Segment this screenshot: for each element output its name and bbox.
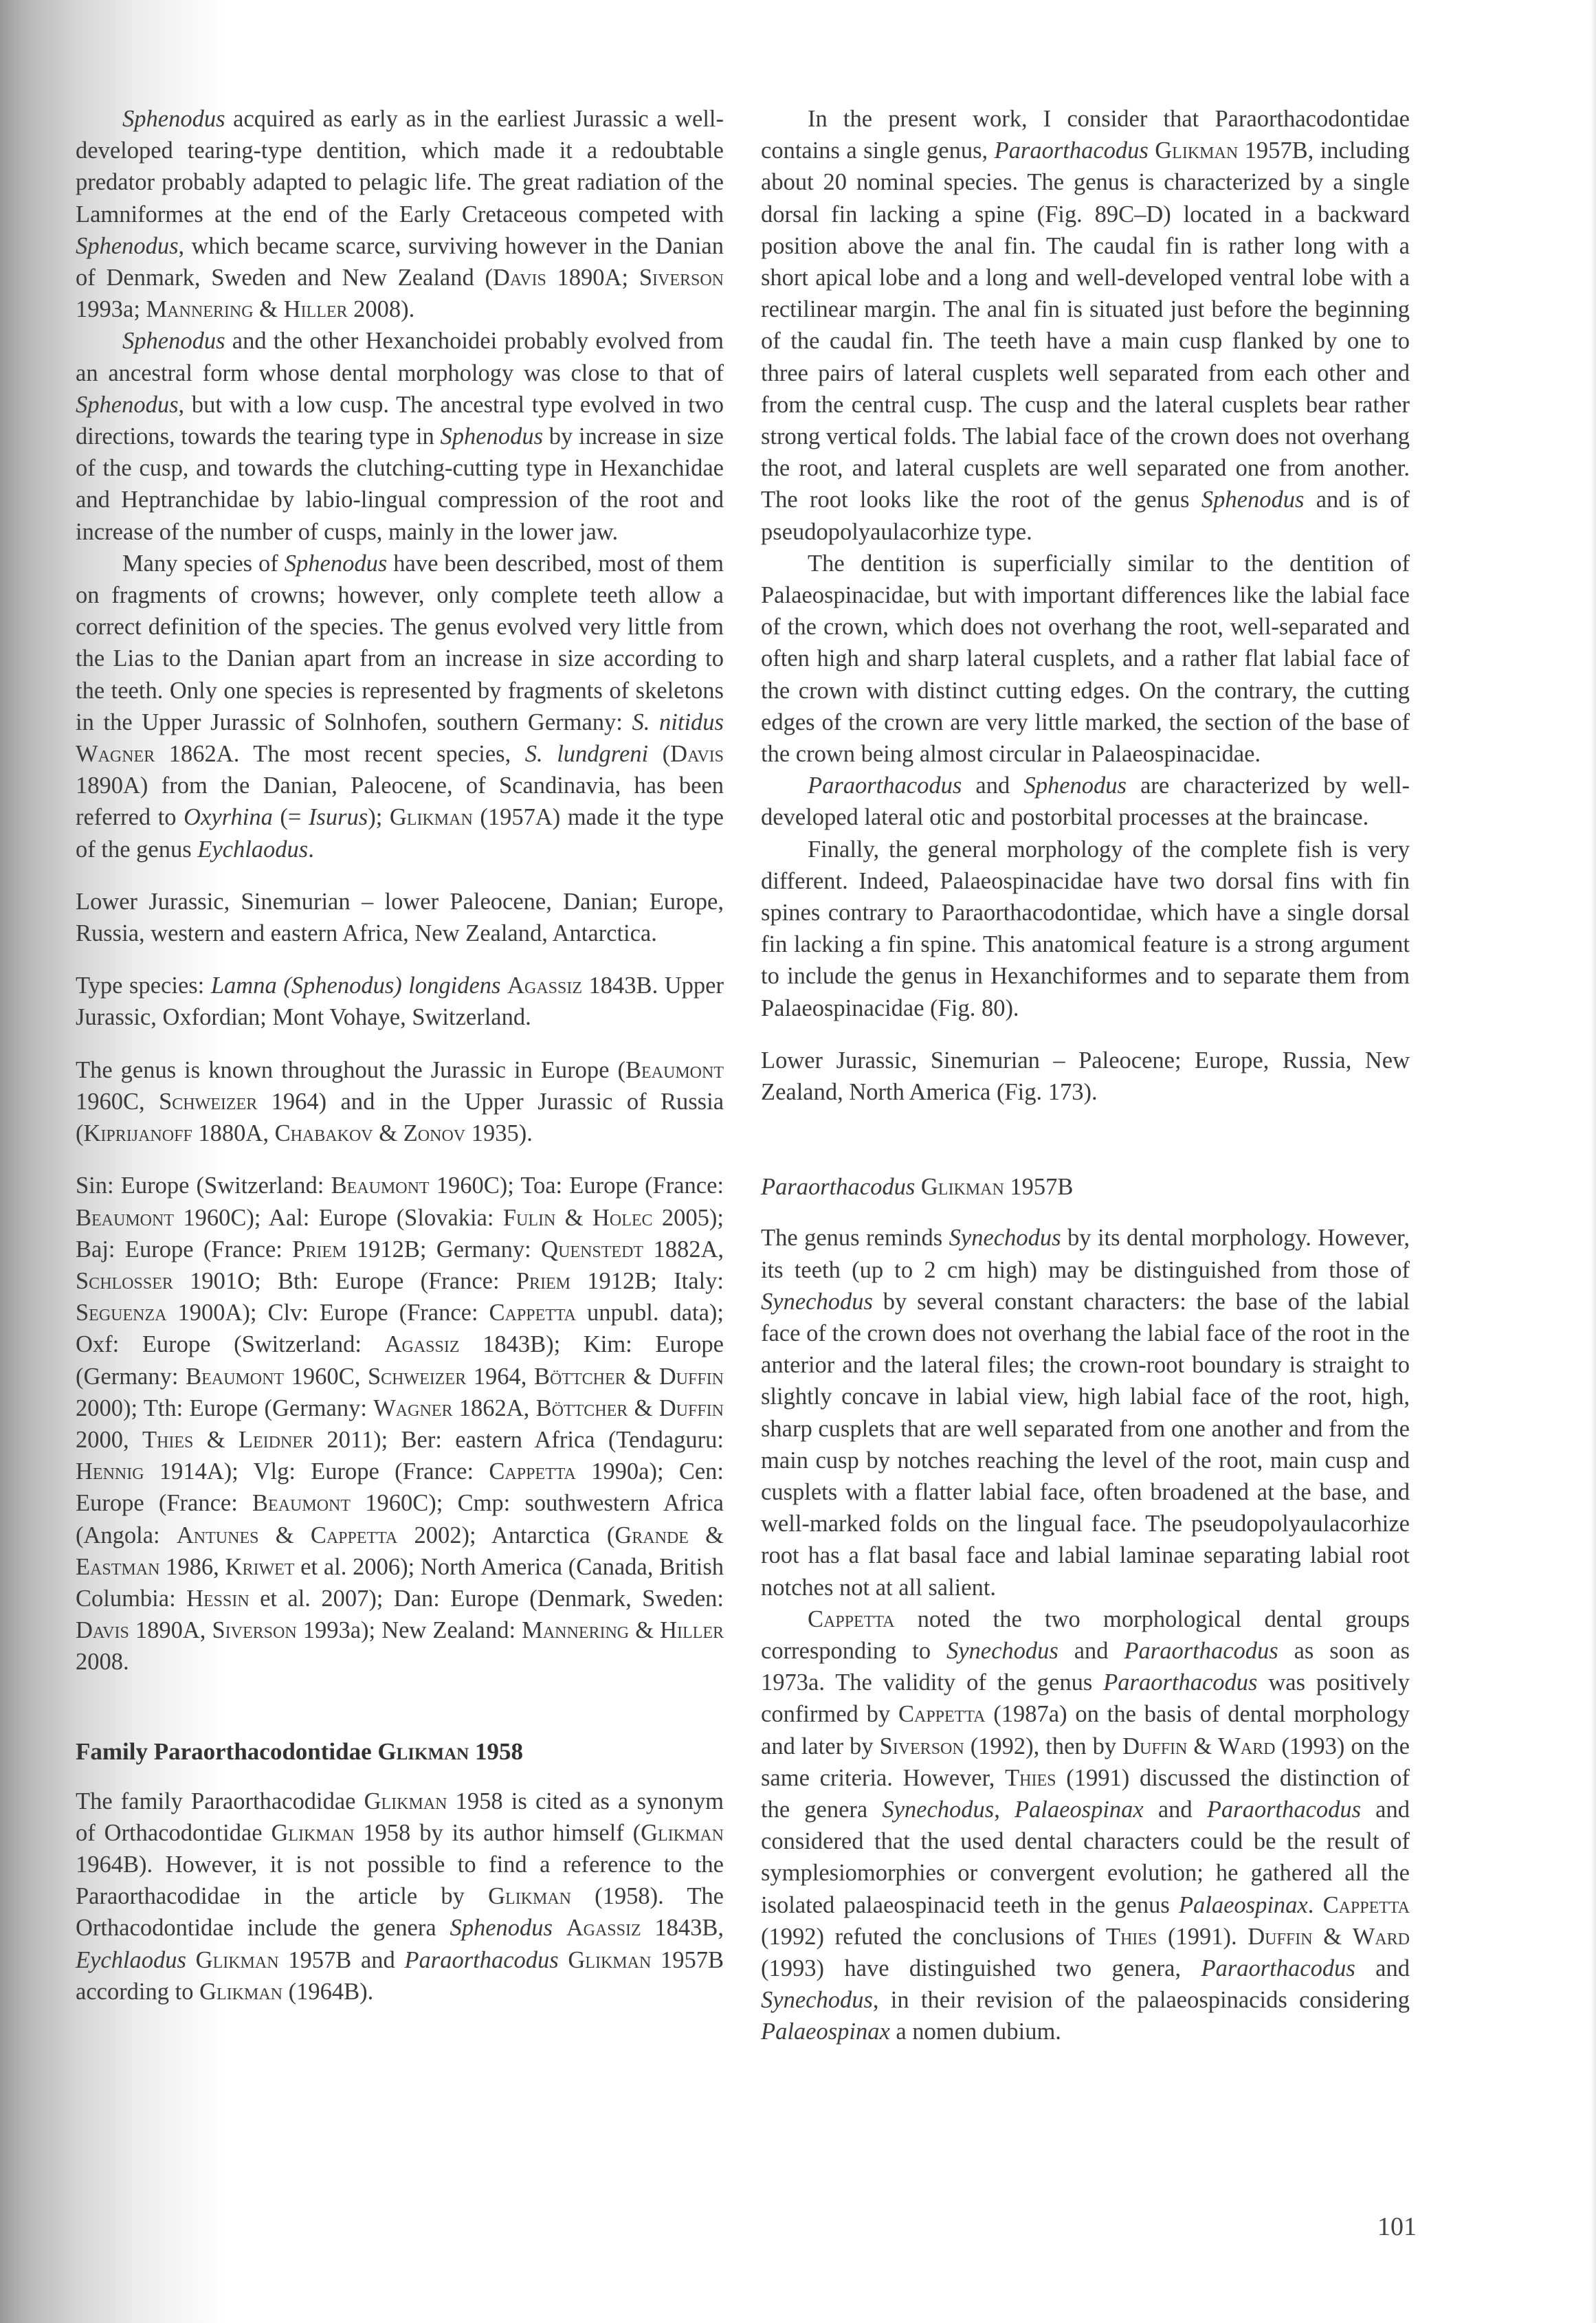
- author-citation: Davis: [76, 1617, 129, 1643]
- author-citation: Böttcher: [534, 1364, 626, 1390]
- text-run: [1149, 137, 1155, 164]
- taxon-name: Sphenodus: [122, 106, 225, 132]
- text-run: 1958 by its author himself (: [354, 1820, 641, 1846]
- text-run: 2008).: [348, 296, 415, 322]
- text-run: &: [626, 1364, 659, 1390]
- author-citation: Hiller: [284, 296, 348, 322]
- author-citation: Zonov: [403, 1120, 465, 1146]
- text-run: (1992), then by: [964, 1733, 1122, 1759]
- text-run: 1862A,: [452, 1395, 535, 1421]
- author-citation: Glikman: [364, 1788, 447, 1814]
- text-run: &: [258, 1522, 310, 1548]
- author-citation: Grande: [614, 1522, 689, 1548]
- taxon-name: Eychlaodus: [76, 1947, 186, 1973]
- occurrence-list: Sin: Europe (Switzerland: Beaumont 1960C…: [76, 1170, 724, 1678]
- text-run: .: [308, 836, 314, 863]
- author-citation: Siverson: [212, 1617, 296, 1643]
- author-citation: Mannering: [146, 296, 254, 322]
- author-citation: Beaumont: [76, 1205, 174, 1231]
- author-citation: Glikman: [568, 1947, 651, 1973]
- taxon-name: Sphenodus: [450, 1915, 553, 1941]
- taxon-name: Sphenodus: [76, 233, 179, 259]
- author-citation: Schweizer: [159, 1089, 257, 1115]
- distribution-summary: The genus is known throughout the Jurass…: [76, 1054, 724, 1150]
- text-run: ,: [994, 1797, 1015, 1823]
- text-run: Lower Jurassic, Sinemurian – Paleocene; …: [761, 1047, 1410, 1105]
- author-citation: Ward: [1218, 1733, 1275, 1759]
- paragraph-sphenodus-dentition: Sphenodus acquired as early as in the ea…: [76, 103, 724, 325]
- text-run: [500, 972, 507, 999]
- taxon-name: S. lundgreni: [525, 741, 648, 767]
- taxon-name: Synechodus: [946, 1638, 1059, 1664]
- text-run: The genus is known throughout the Jurass…: [76, 1057, 625, 1083]
- text-run: (1993) have distinguished two genera,: [761, 1955, 1201, 1981]
- author-citation: Hiller: [660, 1617, 724, 1643]
- author-citation: Siverson: [880, 1733, 964, 1759]
- text-run: Sin: Europe (Switzerland:: [76, 1172, 331, 1199]
- author-citation: Glikman: [921, 1174, 1004, 1200]
- text-run: Many species of: [122, 551, 285, 577]
- taxon-name: Eychlaodus: [197, 836, 308, 863]
- text-run: &: [1313, 1924, 1353, 1950]
- text-run: 1843B,: [641, 1915, 724, 1941]
- author-citation: Leidner: [239, 1427, 313, 1453]
- text-run: The family Paraorthacodidae: [76, 1788, 364, 1814]
- text-run: Family Paraorthacodontidae: [76, 1738, 377, 1765]
- author-citation: Cappetta: [489, 1458, 575, 1485]
- paragraph-genus-definition: In the present work, I consider that Par…: [761, 103, 1410, 548]
- author-citation: Böttcher: [536, 1395, 628, 1421]
- text-run: 1935).: [465, 1120, 533, 1146]
- text-run: [186, 1947, 196, 1973]
- author-citation: Beaumont: [252, 1490, 351, 1516]
- paragraph-hexanchoidei-evolution: Sphenodus and the other Hexanchoidei pro…: [76, 325, 724, 547]
- text-run: 1882A,: [643, 1236, 724, 1263]
- taxon-name: Paraorthacodus: [1201, 1955, 1355, 1981]
- text-run: 1890A;: [546, 265, 639, 291]
- page-edge: [1591, 0, 1596, 2323]
- paragraph-braincase: Paraorthacodus and Sphenodus are charact…: [761, 770, 1410, 833]
- author-citation: Beaumont: [331, 1172, 430, 1199]
- text-run: 1912B; Italy:: [570, 1268, 724, 1294]
- text-run: 1960C,: [284, 1364, 368, 1390]
- taxon-name: Sphenodus: [76, 392, 179, 418]
- author-citation: Cappetta: [311, 1522, 397, 1548]
- text-run: (1992) refuted the conclusions of: [761, 1924, 1106, 1950]
- author-citation: Quenstedt: [541, 1236, 643, 1263]
- author-citation: Kiprijanoff: [84, 1120, 192, 1146]
- right-column: In the present work, I consider that Par…: [761, 103, 1410, 2048]
- text-run: 1900A); Clv: Europe (France:: [167, 1300, 489, 1326]
- author-citation: Glikman: [390, 804, 473, 830]
- text-run: (: [648, 741, 670, 767]
- text-run: and: [1355, 1955, 1410, 1981]
- author-citation: Hennig: [76, 1458, 144, 1485]
- stratigraphic-range: Lower Jurassic, Sinemurian – lower Paleo…: [76, 886, 724, 949]
- taxon-name: Sphenodus: [1023, 773, 1127, 799]
- author-citation: Seguenza: [76, 1300, 167, 1326]
- text-run: 1901O; Bth: Europe (France:: [173, 1268, 516, 1294]
- author-citation: Duffin: [659, 1364, 724, 1390]
- text-run: &: [373, 1120, 403, 1146]
- text-run: 1957B: [1004, 1174, 1074, 1200]
- taxon-name: Palaeospinax: [1015, 1797, 1144, 1823]
- author-citation: Glikman: [196, 1947, 279, 1973]
- author-citation: Cappetta: [808, 1606, 894, 1632]
- author-citation: Fulin: [503, 1205, 556, 1231]
- taxon-name: Paraorthacodus: [761, 1174, 915, 1200]
- author-citation: Agassiz: [507, 972, 582, 999]
- taxon-name: Palaeospinax: [1179, 1892, 1308, 1918]
- text-run: &: [628, 1395, 658, 1421]
- text-run: 2011); Ber: eastern Africa (Tendaguru:: [313, 1427, 724, 1453]
- genus-heading: Paraorthacodus Glikman 1957B: [761, 1171, 1410, 1203]
- text-run: (1991).: [1157, 1924, 1248, 1950]
- text-run: The genus reminds: [761, 1225, 949, 1251]
- taxon-name: Sphenodus: [1201, 487, 1305, 513]
- text-run: 1964,: [466, 1364, 534, 1390]
- type-species: Type species: Lamna (Sphenodus) longiden…: [76, 970, 724, 1033]
- author-citation: Ward: [1353, 1924, 1410, 1950]
- text-run: 1914A); Vlg: Europe (France:: [144, 1458, 489, 1485]
- author-citation: Beaumont: [625, 1057, 724, 1083]
- author-citation: Glikman: [641, 1820, 724, 1846]
- text-run: [553, 1915, 566, 1941]
- author-citation: Cappetta: [1323, 1892, 1410, 1918]
- text-run: &: [689, 1522, 724, 1548]
- text-run: have been described, most of them on fra…: [76, 551, 724, 735]
- paragraph-dentition-comparison: The dentition is superficially similar t…: [761, 548, 1410, 770]
- author-citation: Wagner: [76, 741, 155, 767]
- taxon-name: Oxyrhina: [184, 804, 273, 830]
- taxon-name: Isurus: [309, 804, 368, 830]
- text-run: by several constant characters: the base…: [761, 1289, 1410, 1601]
- author-citation: Eastman: [76, 1554, 159, 1580]
- author-citation: Holec: [592, 1205, 653, 1231]
- author-citation: Glikman: [377, 1738, 469, 1765]
- author-citation: Davis: [670, 741, 724, 767]
- author-citation: Priem: [292, 1236, 346, 1263]
- text-run: [915, 1174, 921, 1200]
- author-citation: Davis: [493, 265, 546, 291]
- text-run: );: [368, 804, 390, 830]
- text-run: 2002); Antarctica (: [397, 1522, 614, 1548]
- taxon-name: Sphenodus: [285, 551, 388, 577]
- author-citation: Wagner: [373, 1395, 452, 1421]
- text-run: &: [629, 1617, 660, 1643]
- author-citation: Glikman: [488, 1883, 571, 1909]
- text-run: 1986,: [159, 1554, 225, 1580]
- text-run: 2008.: [76, 1649, 129, 1675]
- text-run: 2000,: [76, 1427, 142, 1453]
- taxon-name: Sphenodus: [122, 328, 225, 354]
- taxon-name: Lamna (Sphenodus) longidens: [211, 972, 501, 999]
- author-citation: Mannering: [522, 1617, 629, 1643]
- taxon-name: Paraorthacodus: [1124, 1638, 1278, 1664]
- author-citation: Priem: [516, 1268, 570, 1294]
- text-run: &: [555, 1205, 592, 1231]
- text-run: and: [962, 773, 1023, 799]
- author-citation: Glikman: [271, 1820, 354, 1846]
- text-run: .: [1308, 1892, 1323, 1918]
- paragraph-genus-diagnosis: The genus reminds Synechodus by its dent…: [761, 1222, 1410, 1603]
- paragraph-family-synonymy: The family Paraorthacodidae Glikman 1958…: [76, 1786, 724, 2008]
- text-run: Lower Jurassic, Sinemurian – lower Paleo…: [76, 889, 724, 946]
- text-run: 1960C); Aal: Europe (Slovakia:: [174, 1205, 503, 1231]
- taxon-name: Synechodus: [761, 1987, 873, 2013]
- text-run: 1957B and: [279, 1947, 405, 1973]
- text-run: et al. 2007); Dan: Europe (Denmark, Swed…: [250, 1586, 724, 1612]
- text-run: 1960C); Toa: Europe (France:: [430, 1172, 724, 1199]
- author-citation: Thies: [1106, 1924, 1157, 1950]
- author-citation: Hessin: [186, 1586, 250, 1612]
- author-citation: Chabakov: [275, 1120, 373, 1146]
- stratigraphic-range: Lower Jurassic, Sinemurian – Paleocene; …: [761, 1045, 1410, 1108]
- author-citation: Glikman: [1155, 137, 1238, 164]
- text-run: Finally, the general morphology of the c…: [761, 836, 1410, 1021]
- text-run: 1880A,: [192, 1120, 275, 1146]
- family-heading: Family Paraorthacodontidae Glikman 1958: [76, 1736, 724, 1768]
- left-column: Sphenodus acquired as early as in the ea…: [76, 103, 724, 2008]
- text-run: (1964B).: [282, 1979, 373, 2005]
- text-run: 1993a); New Zealand:: [297, 1617, 522, 1643]
- text-run: 1958: [469, 1738, 523, 1765]
- author-citation: Agassiz: [566, 1915, 641, 1941]
- text-run: 1912B; Germany:: [346, 1236, 541, 1263]
- author-citation: Schweizer: [368, 1364, 466, 1390]
- text-run: (=: [273, 804, 309, 830]
- author-citation: Glikman: [199, 1979, 282, 2005]
- text-run: &: [193, 1427, 239, 1453]
- author-citation: Cappetta: [489, 1300, 576, 1326]
- author-citation: Duffin: [1248, 1924, 1312, 1950]
- text-run: 1862A. The most recent species,: [155, 741, 525, 767]
- author-citation: Schlosser: [76, 1268, 173, 1294]
- text-run: and: [1144, 1797, 1207, 1823]
- author-citation: Agassiz: [385, 1331, 460, 1357]
- author-citation: Antunes: [177, 1522, 259, 1548]
- author-citation: Cappetta: [898, 1701, 985, 1727]
- taxon-name: Palaeospinax: [761, 2019, 890, 2045]
- text-run: &: [254, 296, 284, 322]
- author-citation: Duffin: [659, 1395, 724, 1421]
- taxon-name: Paraorthacodus: [995, 137, 1149, 164]
- taxon-name: Paraorthacodus: [1207, 1797, 1361, 1823]
- text-run: [559, 1947, 568, 1973]
- text-run: a nomen dubium.: [890, 2019, 1061, 2045]
- text-run: 1890A,: [129, 1617, 212, 1643]
- taxon-name: Paraorthacodus: [404, 1947, 558, 1973]
- taxon-name: Synechodus: [882, 1797, 994, 1823]
- text-run: Type species:: [76, 972, 211, 999]
- text-run: 1960C,: [76, 1089, 159, 1115]
- author-citation: Kriwet: [225, 1554, 295, 1580]
- author-citation: Duffin: [1122, 1733, 1187, 1759]
- author-citation: Thies: [1005, 1765, 1056, 1791]
- taxon-name: Synechodus: [761, 1289, 873, 1315]
- taxon-name: Synechodus: [949, 1225, 1061, 1251]
- author-citation: Siverson: [639, 265, 724, 291]
- paragraph-sphenodus-species: Many species of Sphenodus have been desc…: [76, 548, 724, 865]
- paragraph-morphology: Finally, the general morphology of the c…: [761, 834, 1410, 1024]
- text-run: The dentition is superficially similar t…: [761, 551, 1410, 767]
- text-run: and: [1059, 1638, 1124, 1664]
- author-citation: Thies: [142, 1427, 193, 1453]
- page-number: 101: [1377, 2212, 1417, 2242]
- text-run: 1993a;: [76, 296, 146, 322]
- taxon-name: Sphenodus: [441, 423, 544, 449]
- text-run: &: [1187, 1733, 1218, 1759]
- taxon-name: Paraorthacodus: [1103, 1669, 1257, 1696]
- text-run: , in their revision of the palaeospinaci…: [873, 1987, 1410, 2013]
- taxon-name: S. nitidus: [632, 709, 724, 735]
- author-citation: Beaumont: [186, 1364, 284, 1390]
- taxon-name: Paraorthacodus: [808, 773, 962, 799]
- text-run: 1957B, including about 20 nominal specie…: [761, 137, 1410, 513]
- paragraph-taxonomic-history: Cappetta noted the two morphological den…: [761, 1603, 1410, 2048]
- text-run: 2000); Tth: Europe (Germany:: [76, 1395, 373, 1421]
